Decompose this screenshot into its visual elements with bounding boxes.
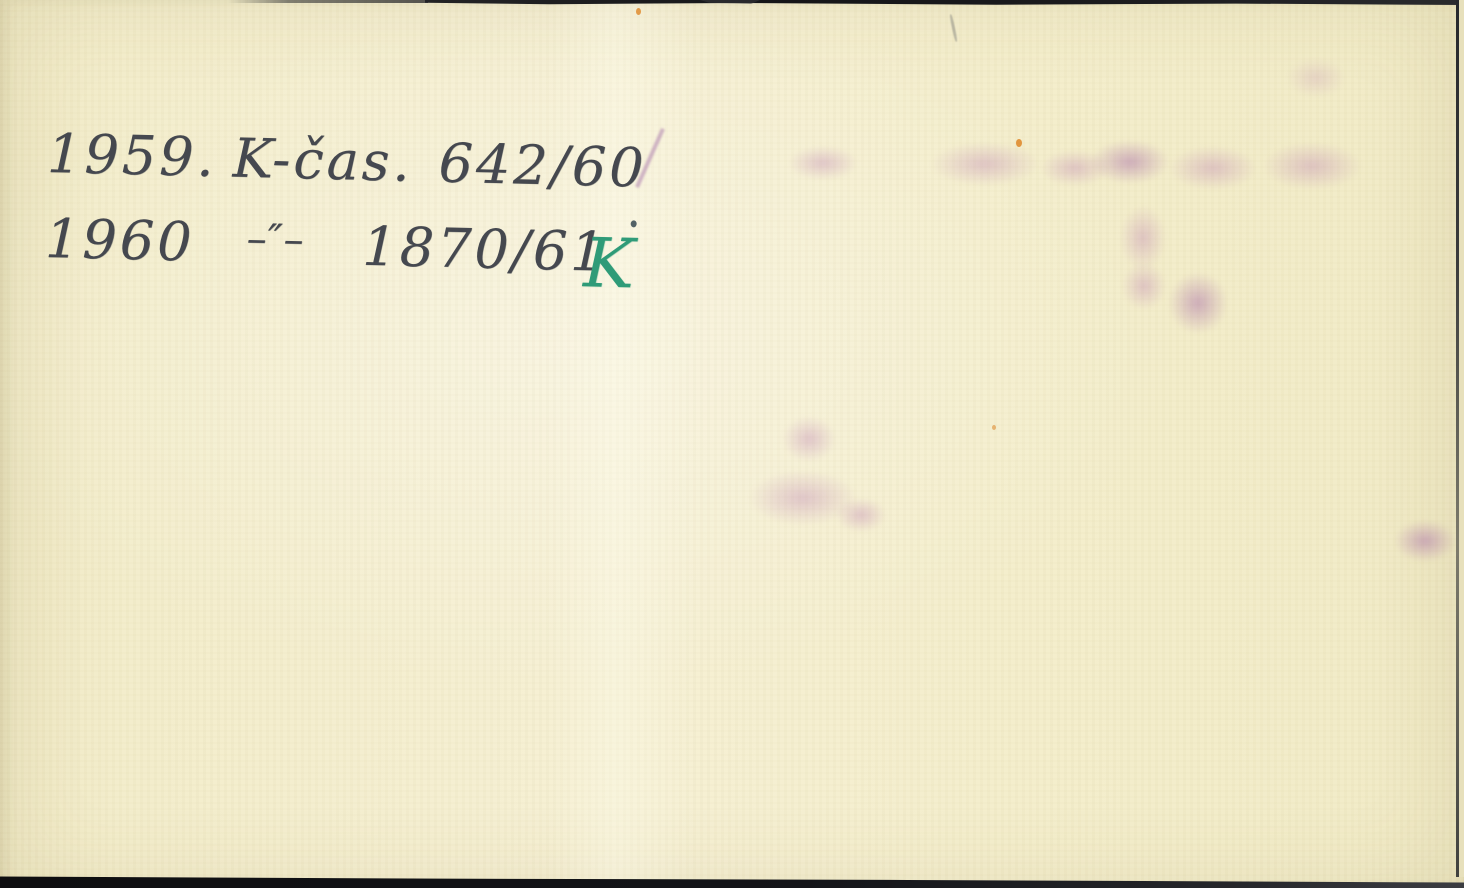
scan-edge-top-fade xyxy=(228,0,428,3)
scanned-document-card: 1959. K-čas. 642/60 1960 –″– 1870/61 K xyxy=(0,0,1464,888)
line1-record-number: 642/60 xyxy=(438,132,647,200)
faint-pencil-squiggle xyxy=(949,14,958,42)
ink-bleed-mark xyxy=(1090,140,1170,184)
ink-bleed-mark xyxy=(1286,58,1346,98)
card-right-margin xyxy=(1459,0,1464,877)
orange-speck xyxy=(992,425,996,430)
ink-bleed-mark xyxy=(1120,205,1166,271)
ink-bleed-mark xyxy=(1040,150,1110,186)
line2-year: 1960 xyxy=(44,207,195,274)
handwriting-line-2: 1960 –″– 1870/61 K xyxy=(44,195,645,289)
ink-bleed-mark xyxy=(1168,146,1258,190)
ink-bleed-mark xyxy=(1168,272,1228,334)
line1-abbreviation: K-čas. xyxy=(232,127,413,194)
orange-speck xyxy=(1016,139,1022,147)
paper-light-band xyxy=(548,0,698,888)
ink-bleed-mark xyxy=(1262,142,1362,190)
ink-bleed-mark xyxy=(1394,520,1456,562)
line2-ditto-mark: –″– xyxy=(246,216,305,263)
handwriting-line-1: 1959. K-čas. 642/60 xyxy=(46,122,647,200)
handwritten-annotation: 1959. K-čas. 642/60 1960 –″– 1870/61 K xyxy=(44,122,647,289)
ink-bleed-mark xyxy=(836,498,886,532)
line2-green-check-mark: K xyxy=(582,224,635,304)
ink-bleed-mark xyxy=(1122,262,1166,310)
line1-year: 1959. xyxy=(46,122,217,189)
orange-speck xyxy=(636,8,641,15)
ink-bleed-mark xyxy=(782,416,836,462)
ink-bleed-mark xyxy=(748,470,858,526)
card-right-edge-line xyxy=(1456,0,1459,877)
scan-edge-bottom xyxy=(0,875,1464,888)
scan-edge-speck xyxy=(700,0,760,4)
ink-bleed-mark xyxy=(930,142,1040,186)
line2-record-number: 1870/61 xyxy=(362,215,609,284)
ink-bleed-mark xyxy=(788,146,858,180)
